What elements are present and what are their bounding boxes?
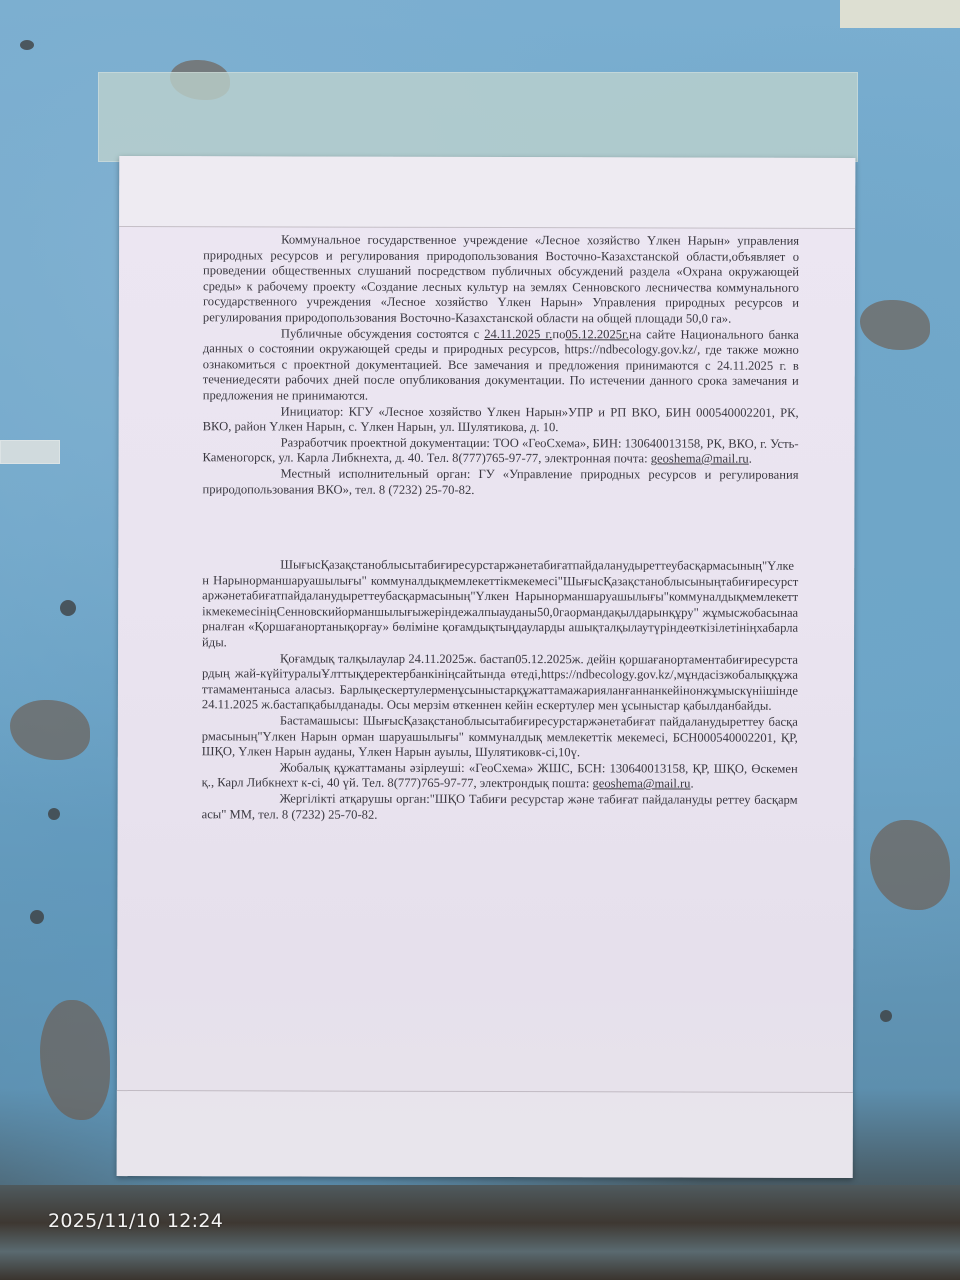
rust-patch <box>10 700 90 760</box>
kz-email: geoshema@mail.ru <box>592 777 690 791</box>
section-gap <box>202 497 798 559</box>
notice-russian: Коммунальное государственное учреждение … <box>202 232 799 499</box>
notice-text: Коммунальное государственное учреждение … <box>202 232 800 824</box>
tape-on-sheet-top <box>119 156 855 229</box>
kz-local-authority: Жергілікті атқарушы орган:"ШҚО Табиғи ре… <box>202 791 798 824</box>
bolt-hole <box>30 910 44 924</box>
wall-bottom-rust-band <box>0 1185 960 1280</box>
ru-announcement: Коммунальное государственное учреждение … <box>203 232 799 327</box>
kz-discussion-dates: Қоғамдық талқылаулар 24.11.2025ж. бастап… <box>202 651 798 715</box>
ru-date-from: 24.11.2025 г. <box>484 327 552 341</box>
rust-patch <box>40 1000 110 1120</box>
ru-email: geoshema@mail.ru <box>651 452 749 466</box>
kz-developer: Жобалық құжаттаманы әзірлеуші: «ГеоСхема… <box>202 760 798 793</box>
ru-initiator: Инициатор: КГУ «Лесное хозяйство Үлкен Н… <box>203 404 799 437</box>
bolt-hole <box>48 808 60 820</box>
rust-patch <box>860 300 930 350</box>
bolt-hole <box>60 600 76 616</box>
old-tape-left <box>0 440 60 464</box>
rust-patch <box>870 820 950 910</box>
old-tape-corner <box>840 0 960 28</box>
ru-developer: Разработчик проектной документации: ТОО … <box>203 435 799 468</box>
ru-discussion-dates: Публичные обсуждения состоятся с 24.11.2… <box>203 326 799 406</box>
tape-on-sheet-bottom <box>117 1090 853 1178</box>
adhesive-tape-top <box>98 72 858 162</box>
notice-sheet: Коммунальное государственное учреждение … <box>117 156 856 1178</box>
bolt-hole <box>880 1010 892 1022</box>
ru-local-authority: Местный исполнительный орган: ГУ «Управл… <box>202 466 798 499</box>
kz-initiator: Бастамашысы: ШығысҚазақстаноблысытабиғир… <box>202 713 798 761</box>
paint-chip <box>20 40 34 50</box>
notice-kazakh: ШығысҚазақстаноблысытабиғиресурстаржәнет… <box>202 557 799 824</box>
ru-date-to: 05.12.2025г. <box>565 327 629 341</box>
photo-timestamp: 2025/11/10 12:24 <box>48 1210 223 1232</box>
kz-announcement: ШығысҚазақстаноблысытабиғиресурстаржәнет… <box>202 557 798 652</box>
